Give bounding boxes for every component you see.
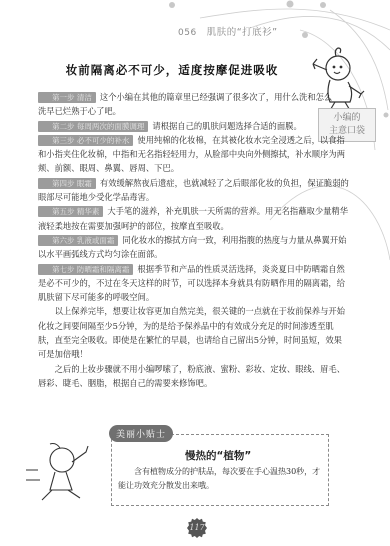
step-label: 第六步 乳液或面霜	[38, 235, 118, 246]
step-1: 第一步 清洁这个小编在其他的篇章里已经强调了很多次了，用什么洗和怎么洗早已烂熟于…	[38, 90, 338, 119]
step-label: 第四步 眼霜	[38, 178, 96, 189]
step-5: 第五步 精华素大手笔的滋养，补充肌肤一天所需的营养。用无名指蘸取少量精华液轻柔地…	[38, 204, 350, 233]
section-title: 肌肤的“打底衫”	[207, 27, 278, 38]
running-character-icon	[26, 444, 88, 501]
page-title: 妆前隔离必不可少，适度按摩促进吸收	[62, 62, 282, 78]
running-header: 056肌肤的“打底衫”	[178, 24, 278, 38]
step-6: 第六步 乳液或面霜同化妆水的擦拭方向一致，利用指腹的热度与力量从鼻翼开始以水平画…	[38, 233, 350, 262]
step-label: 第七步 防晒霜和隔离霜	[38, 264, 133, 275]
tips-badge: 美丽小贴士	[109, 425, 173, 442]
step-4: 第四步 眼霜有效缓解熬夜后遗症，也就减轻了之后眼部化妆的负担，保证脆弱的眼部尽可…	[38, 176, 350, 205]
article-body: 第一步 清洁这个小编在其他的篇章里已经强调了很多次了，用什么洗和怎么洗早已烂熟于…	[38, 90, 338, 390]
step-label: 第五步 精华素	[38, 206, 103, 217]
step-text: 请根据自己的肌肤问题选择合适的面膜。	[152, 121, 301, 131]
section-number: 056	[178, 28, 197, 38]
paragraph-1: 以上保养完毕，想要让妆容更加自然完美，很关键的一点就在于妆前保养与开始化妆之间要…	[38, 304, 350, 361]
step-label: 第一步 清洁	[38, 92, 96, 103]
page-number: 117	[187, 518, 207, 538]
step-7: 第七步 防晒霜和隔离霜根据季节和产品的性质灵活选择，炎炎夏日中防晒霜自然是必不可…	[38, 262, 350, 305]
step-label: 第三步 必不可少的补水	[38, 135, 133, 146]
tips-title: 慢热的“植物”	[185, 448, 251, 463]
paragraph-2: 之后的上妆步骤就不用小编啰嗦了，粉底液、蜜粉、彩妆、定妆、眼线、眉毛、唇彩、睫毛…	[38, 362, 350, 391]
step-2: 第二步 每周两次的面膜调理请根据自己的肌肤问题选择合适的面膜。	[38, 119, 338, 133]
step-3: 第三步 必不可少的补水使用纯棉的化妆棉，在其被化妆水完全浸透之后，以食指和小指夹…	[38, 133, 350, 176]
step-label: 第二步 每周两次的面膜调理	[38, 121, 148, 132]
tips-text: 含有植物成分的护肤品，每次要在手心温热30秒，才能让功效充分散发出来哦。	[118, 465, 326, 493]
